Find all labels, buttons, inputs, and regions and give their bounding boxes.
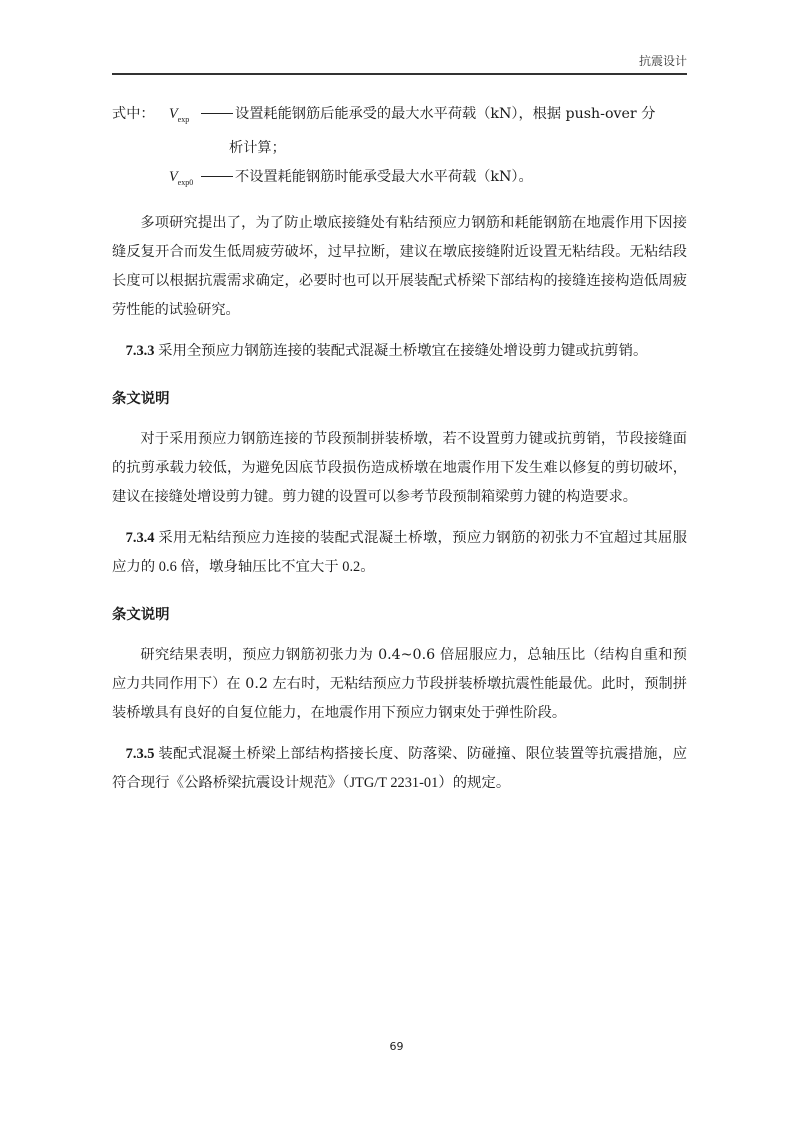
clause-number: 7.3.4 — [126, 530, 155, 546]
commentary-text: 对于采用预应力钢筋连接的节段预制拼装桥墩，若不设置剪力键或抗剪销，节段接缝面的抗… — [112, 425, 687, 512]
variable-symbol: Vexp — [169, 100, 229, 134]
page-body: 式中： Vexp 设置耗能钢筋后能承受的最大水平荷载（kN），根据 push-o… — [112, 100, 687, 798]
paragraph-low-cycle-fatigue: 多项研究提出了，为了防止墩底接缝处有粘结预应力钢筋和耗能钢筋在地震作用下因接缝反… — [112, 209, 687, 325]
header-rule — [112, 73, 687, 75]
clause-7-3-5: 7.3.5 装配式混凝土桥梁上部结构搭接长度、防落梁、防碰撞、限位装置等抗震措施… — [112, 740, 687, 798]
clause-7-3-4: 7.3.4 采用无粘结预应力连接的装配式混凝土桥墩，预应力钢筋的初张力不宜超过其… — [112, 524, 687, 582]
clause-text: 装配式混凝土桥梁上部结构搭接长度、防落梁、防碰撞、限位装置等抗震措施，应符合现行… — [112, 746, 687, 791]
commentary-heading: 条文说明 — [112, 600, 687, 629]
variable-description: 不设置耗能钢筋时能承受最大水平荷载（kN）。 — [235, 163, 687, 192]
variable-description: 设置耗能钢筋后能承受的最大水平荷载（kN），根据 push-over 分 — [235, 100, 687, 129]
where-label: 式中： — [112, 100, 169, 129]
running-header: 抗震设计 — [112, 52, 687, 68]
clause-number: 7.3.3 — [126, 343, 155, 359]
header-title: 抗震设计 — [639, 52, 687, 69]
commentary-text: 研究结果表明，预应力钢筋初张力为 0.4~0.6 倍屈服应力，总轴压比（结构自重… — [112, 641, 687, 728]
formula-variable-definitions: 式中： Vexp 设置耗能钢筋后能承受的最大水平荷载（kN），根据 push-o… — [112, 100, 687, 197]
clause-text: 采用无粘结预应力连接的装配式混凝土桥墩，预应力钢筋的初张力不宜超过其屈服应力的 … — [112, 530, 687, 575]
variable-description-continued: 析计算； — [112, 134, 687, 163]
clause-number: 7.3.5 — [126, 746, 155, 762]
variable-definition-vexp0: Vexp0 不设置耗能钢筋时能承受最大水平荷载（kN）。 — [112, 163, 687, 197]
page-number: 69 — [0, 1040, 793, 1053]
clause-7-3-3: 7.3.3 采用全预应力钢筋连接的装配式混凝土桥墩宜在接缝处增设剪力键或抗剪销。 — [112, 337, 687, 366]
clause-text: 采用全预应力钢筋连接的装配式混凝土桥墩宜在接缝处增设剪力键或抗剪销。 — [158, 343, 647, 359]
em-dash-rule — [201, 113, 233, 114]
em-dash-rule — [201, 176, 233, 177]
variable-definition-vexp: 式中： Vexp 设置耗能钢筋后能承受的最大水平荷载（kN），根据 push-o… — [112, 100, 687, 134]
variable-symbol: Vexp0 — [169, 163, 229, 197]
commentary-heading: 条文说明 — [112, 384, 687, 413]
